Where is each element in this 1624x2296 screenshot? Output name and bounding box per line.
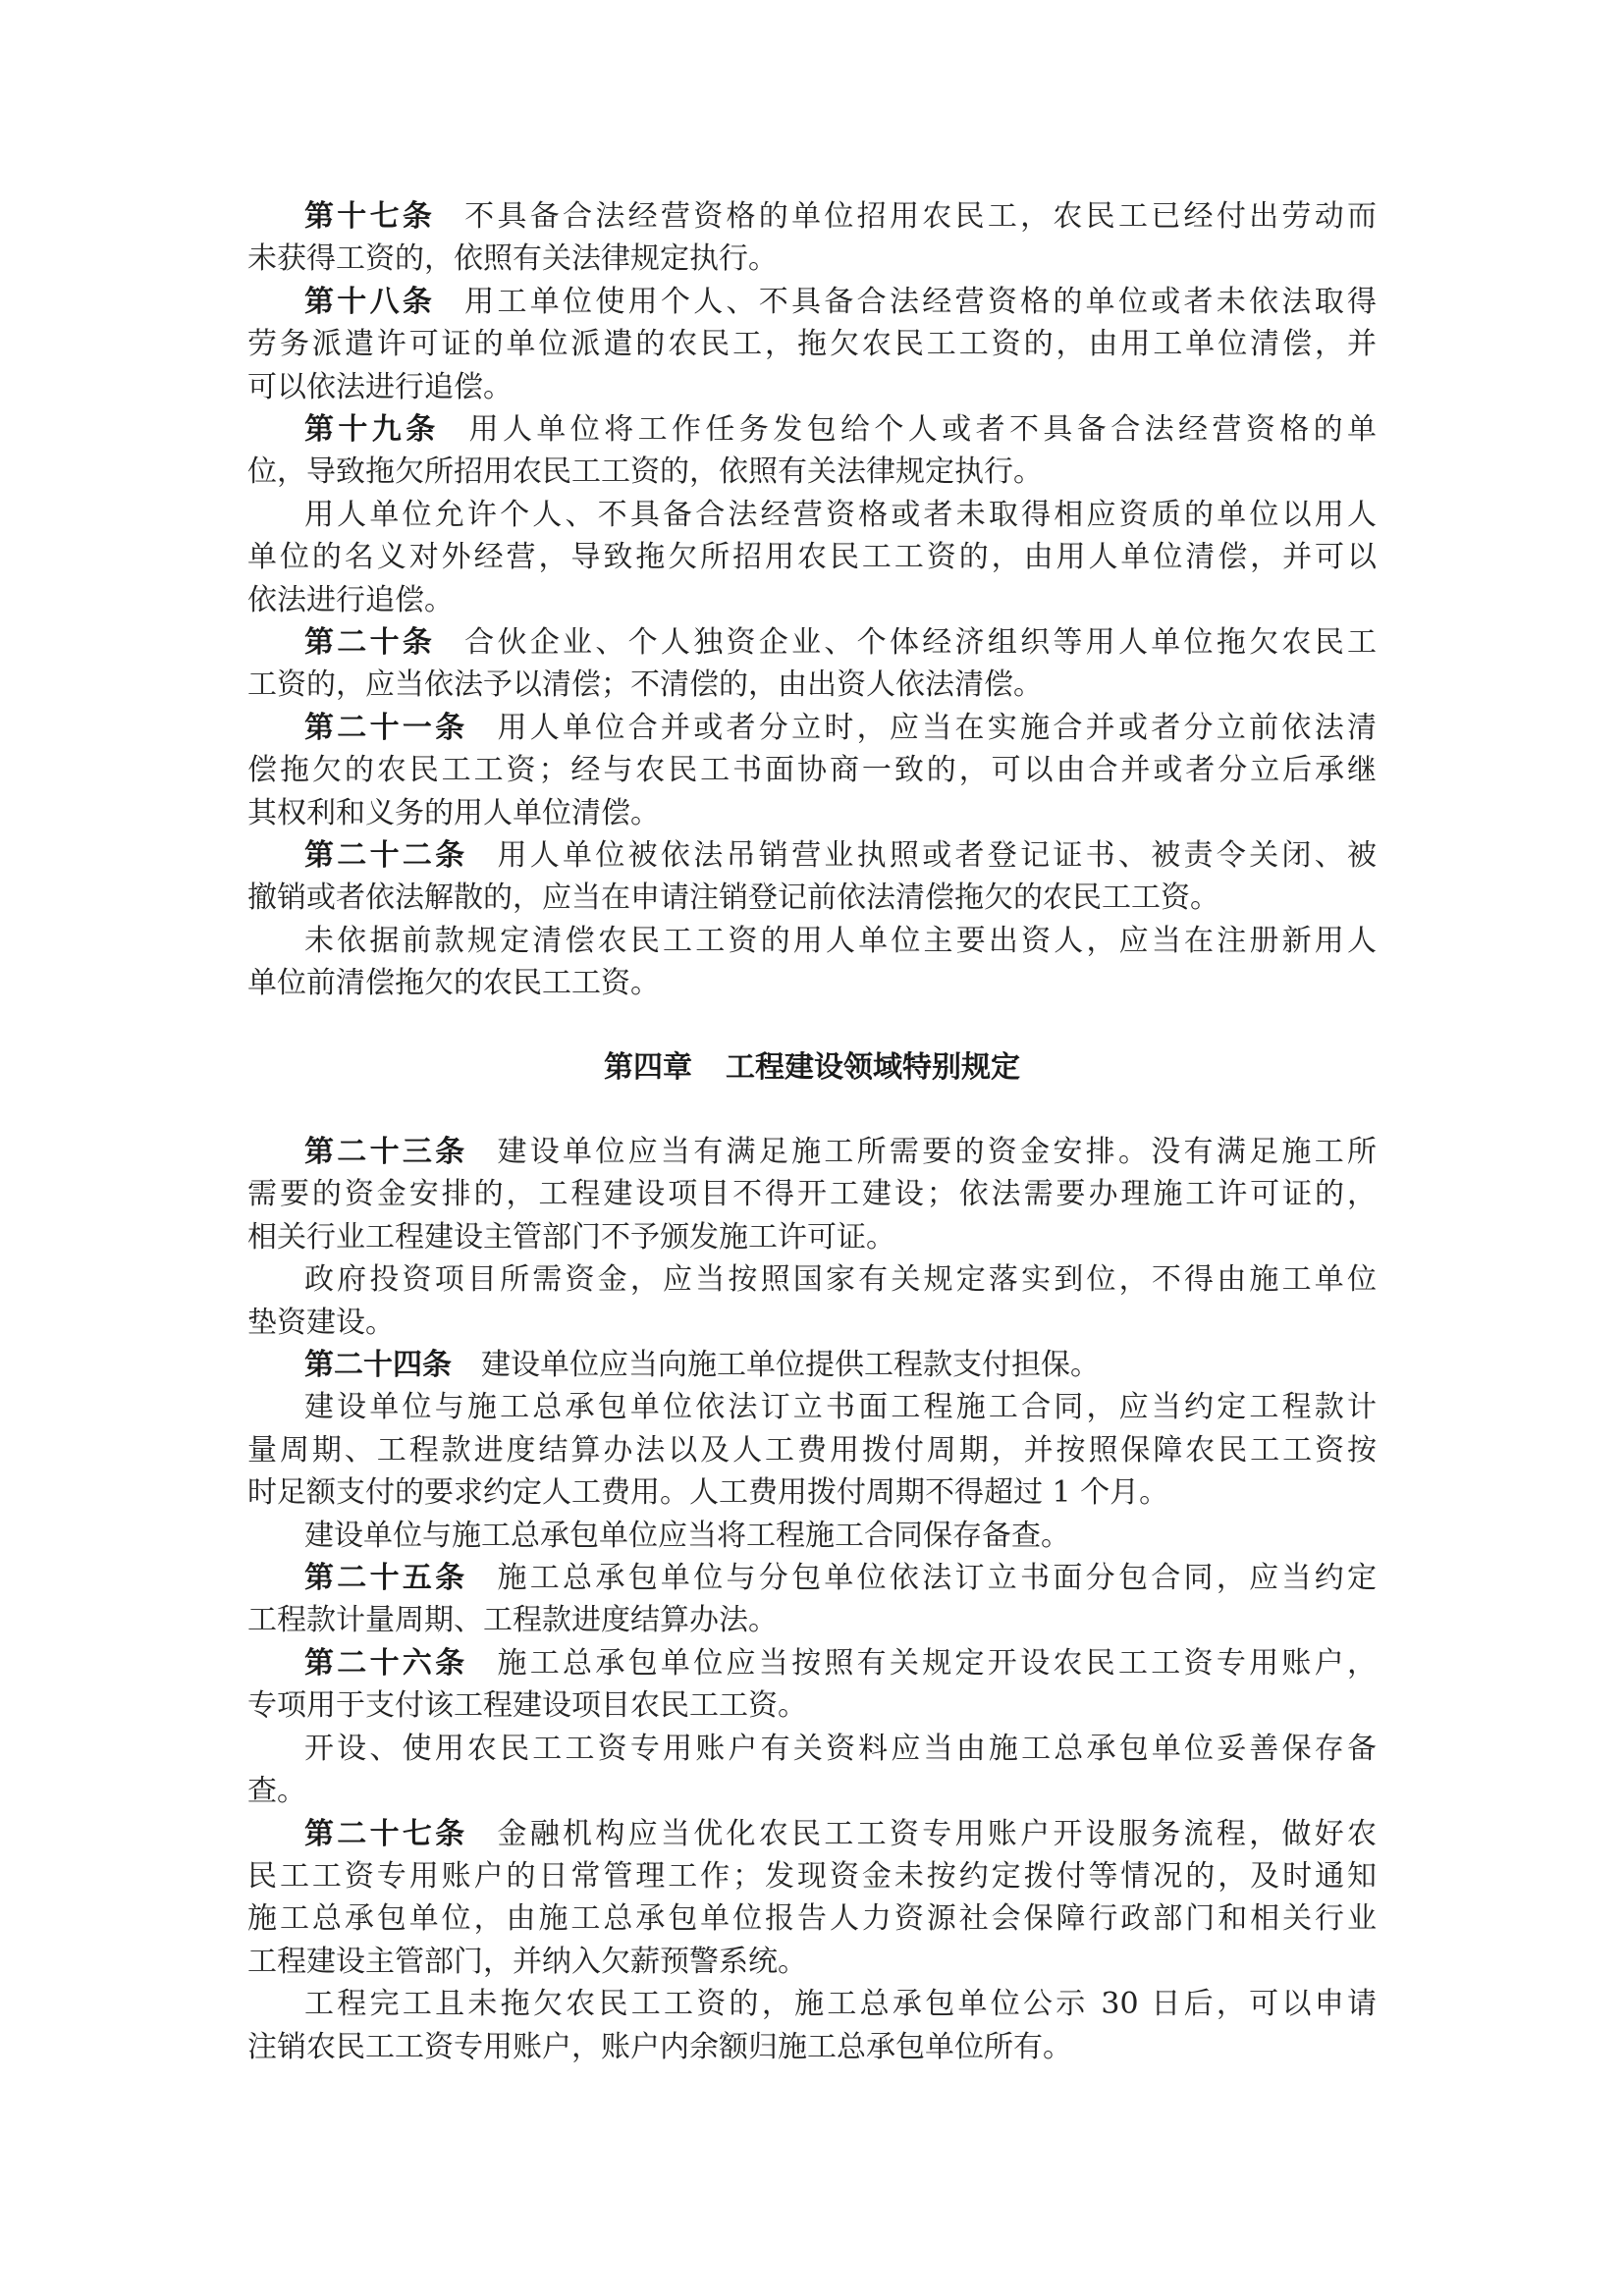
article-17-line-1: 第十七条不具备合法经营资格的单位招用农民工，农民工已经付出劳动而 bbox=[304, 199, 1377, 241]
article-19-line-2: 位，导致拖欠所招用农民工工资的，依照有关法律规定执行。 bbox=[247, 454, 1377, 497]
article-23-line-1: 第二十三条建设单位应当有满足施工所需要的资金安排。没有满足施工所 bbox=[304, 1135, 1377, 1177]
article-18-line-1: 第十八条用工单位使用个人、不具备合法经营资格的单位或者未依法取得 bbox=[304, 285, 1377, 327]
article-21-line-3: 其权利和义务的用人单位清偿。 bbox=[247, 796, 1377, 838]
article-label: 第二十六条 bbox=[304, 1646, 467, 1681]
article-18-line-2: 劳务派遣许可证的单位派遣的农民工，拖欠农民工工资的，由用工单位清偿，并 bbox=[247, 327, 1377, 369]
article-24-line-1: 第二十四条建设单位应当向施工单位提供工程款支付担保。 bbox=[304, 1348, 1377, 1390]
article-23-para2-line-1: 政府投资项目所需资金，应当按照国家有关规定落实到位，不得由施工单位 bbox=[304, 1262, 1377, 1305]
article-27-line-2: 民工工资专用账户的日常管理工作；发现资金未按约定拨付等情况的，及时通知 bbox=[247, 1859, 1377, 1901]
chapter-title: 工程建设领域特别规定 bbox=[726, 1050, 1020, 1085]
article-label: 第十七条 bbox=[304, 199, 435, 234]
article-25-line-1: 第二十五条施工总承包单位与分包单位依法订立书面分包合同，应当约定 bbox=[304, 1561, 1377, 1603]
article-22-line-2: 撤销或者依法解散的，应当在申请注销登记前依法清偿拖欠的农民工工资。 bbox=[247, 881, 1377, 923]
article-label: 第二十三条 bbox=[304, 1135, 467, 1169]
article-19-line-1: 第十九条用人单位将工作任务发包给个人或者不具备合法经营资格的单 bbox=[304, 412, 1377, 454]
article-22-para2-line-2: 单位前清偿拖欠的农民工工资。 bbox=[247, 966, 1377, 1008]
article-27-para2-line-2: 注销农民工工资专用账户，账户内余额归施工总承包单位所有。 bbox=[247, 2030, 1377, 2072]
article-26-para2-line-2: 查。 bbox=[247, 1774, 1377, 1816]
article-label: 第二十二条 bbox=[304, 838, 467, 873]
article-24-para2-line-1: 建设单位与施工总承包单位依法订立书面工程施工合同，应当约定工程款计 bbox=[304, 1390, 1377, 1432]
article-26-line-1: 第二十六条施工总承包单位应当按照有关规定开设农民工工资专用账户， bbox=[304, 1646, 1377, 1688]
article-24-para3-line-1: 建设单位与施工总承包单位应当将工程施工合同保存备查。 bbox=[304, 1519, 1377, 1561]
article-label: 第二十一条 bbox=[304, 711, 467, 745]
article-26-para2-line-1: 开设、使用农民工工资专用账户有关资料应当由施工总承包单位妥善保存备 bbox=[304, 1732, 1377, 1774]
article-21-line-2: 偿拖欠的农民工工资；经与农民工书面协商一致的，可以由合并或者分立后承继 bbox=[247, 753, 1377, 795]
article-label: 第二十条 bbox=[304, 625, 435, 660]
article-label: 第十八条 bbox=[304, 285, 435, 319]
article-27-para2-line-1: 工程完工且未拖欠农民工工资的，施工总承包单位公示 30 日后，可以申请 bbox=[304, 1987, 1377, 2029]
article-27-line-3: 施工总承包单位，由施工总承包单位报告人力资源社会保障行政部门和相关行业 bbox=[247, 1901, 1377, 1944]
article-26-line-2: 专项用于支付该工程建设项目农民工工资。 bbox=[247, 1688, 1377, 1731]
article-label: 第二十四条 bbox=[304, 1348, 452, 1382]
article-27-line-1: 第二十七条金融机构应当优化农民工工资专用账户开设服务流程，做好农 bbox=[304, 1817, 1377, 1859]
article-23-line-3: 相关行业工程建设主管部门不予颁发施工许可证。 bbox=[247, 1220, 1377, 1262]
article-19-para2-line-3: 依法进行追偿。 bbox=[247, 583, 1377, 625]
article-22-para2-line-1: 未依据前款规定清偿农民工工资的用人单位主要出资人，应当在注册新用人 bbox=[304, 924, 1377, 966]
article-23-para2-line-2: 垫资建设。 bbox=[247, 1306, 1377, 1348]
article-24-para2-line-3: 时足额支付的要求约定人工费用。人工费用拨付周期不得超过 1 个月。 bbox=[247, 1475, 1377, 1518]
article-20-line-2: 工资的，应当依法予以清偿；不清偿的，由出资人依法清偿。 bbox=[247, 667, 1377, 710]
document-page: 第十七条不具备合法经营资格的单位招用农民工，农民工已经付出劳动而 未获得工资的，… bbox=[0, 0, 1624, 2296]
article-21-line-1: 第二十一条用人单位合并或者分立时，应当在实施合并或者分立前依法清 bbox=[304, 711, 1377, 753]
article-24-para2-line-2: 量周期、工程款进度结算办法以及人工费用拨付周期，并按照保障农民工工资按 bbox=[247, 1433, 1377, 1475]
article-27-line-4: 工程建设主管部门，并纳入欠薪预警系统。 bbox=[247, 1945, 1377, 1987]
article-22-line-1: 第二十二条用人单位被依法吊销营业执照或者登记证书、被责令关闭、被 bbox=[304, 838, 1377, 881]
article-18-line-3: 可以依法进行追偿。 bbox=[247, 370, 1377, 412]
article-label: 第二十七条 bbox=[304, 1817, 467, 1851]
chapter-label: 第四章 bbox=[604, 1050, 692, 1085]
article-25-line-2: 工程款计量周期、工程款进度结算办法。 bbox=[247, 1603, 1377, 1645]
article-label: 第二十五条 bbox=[304, 1561, 467, 1595]
article-17-line-2: 未获得工资的，依照有关法律规定执行。 bbox=[247, 241, 1377, 284]
article-19-para2-line-1: 用人单位允许个人、不具备合法经营资格或者未取得相应资质的单位以用人 bbox=[304, 498, 1377, 540]
chapter-heading: 第四章工程建设领域特别规定 bbox=[0, 1050, 1624, 1086]
article-label: 第十九条 bbox=[304, 412, 440, 447]
article-20-line-1: 第二十条合伙企业、个人独资企业、个体经济组织等用人单位拖欠农民工 bbox=[304, 625, 1377, 667]
article-19-para2-line-2: 单位的名义对外经营，导致拖欠所招用农民工工资的，由用人单位清偿，并可以 bbox=[247, 540, 1377, 582]
article-23-line-2: 需要的资金安排的，工程建设项目不得开工建设；依法需要办理施工许可证的， bbox=[247, 1177, 1377, 1219]
